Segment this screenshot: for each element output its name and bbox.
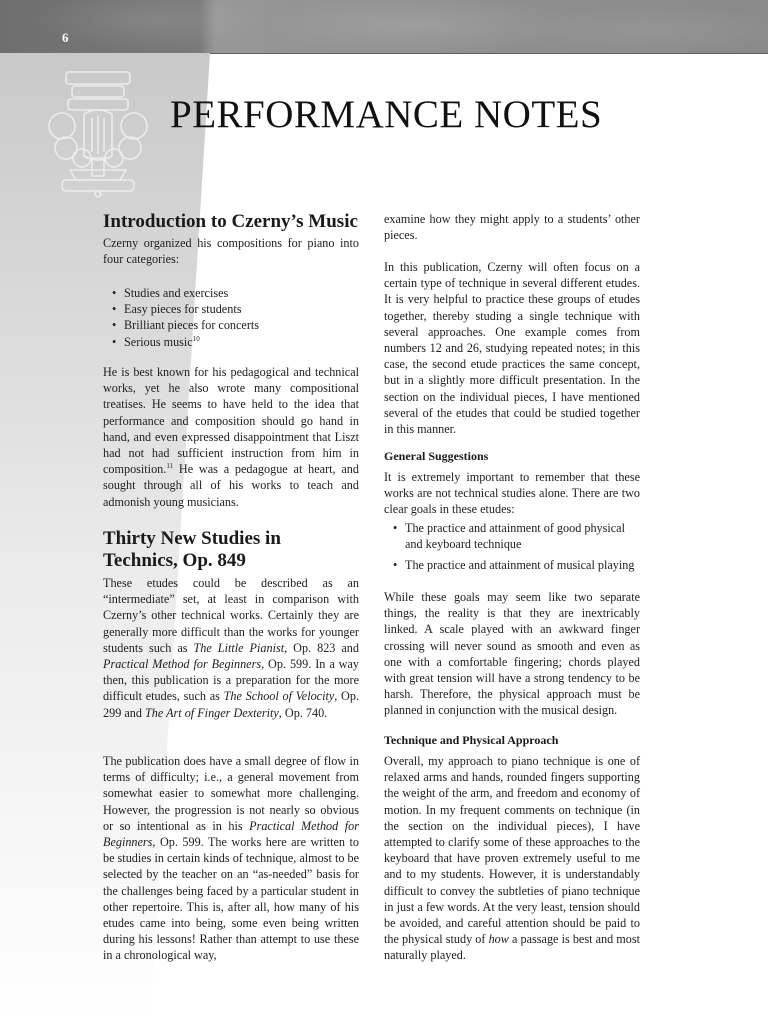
goal-item: The practice and attainment of good phys… — [384, 520, 640, 552]
category-item: Brilliant pieces for concerts — [103, 317, 359, 333]
goals-list: The practice and attainment of good phys… — [384, 520, 640, 574]
category-item: Serious music10 — [103, 334, 359, 350]
general-suggestions-heading: General Suggestions — [384, 448, 640, 464]
op849-paragraph-1: These etudes could be described as an “i… — [103, 575, 359, 721]
technique-heading: Technique and Physical Approach — [384, 732, 640, 748]
intro-lead: Czerny organized his compositions for pi… — [103, 235, 359, 267]
page-title: PERFORMANCE NOTES — [170, 92, 602, 137]
technique-paragraph: Overall, my approach to piano technique … — [384, 753, 640, 964]
page-number: 6 — [62, 30, 69, 46]
intro-heading: Introduction to Czerny’s Music — [103, 211, 359, 233]
categories-list: Studies and exercises Easy pieces for st… — [103, 285, 359, 350]
publisher-crest-icon — [48, 66, 148, 198]
header-band: 6 — [0, 0, 768, 54]
op849-paragraph-2: The publication does have a small degree… — [103, 753, 359, 964]
publication-paragraph: In this publication, Czerny will often f… — [384, 259, 640, 437]
category-item: Easy pieces for students — [103, 301, 359, 317]
goal-item: The practice and attainment of musical p… — [384, 557, 640, 573]
continuation-paragraph: examine how they might apply to a studen… — [384, 211, 640, 243]
category-item: Studies and exercises — [103, 285, 359, 301]
op849-heading: Thirty New Studies in Technics, Op. 849 — [103, 528, 359, 572]
general-lead: It is extremely important to remember th… — [384, 469, 640, 518]
goals-paragraph: While these goals may seem like two sepa… — [384, 589, 640, 719]
footnote-ref: 10 — [193, 335, 200, 343]
intro-paragraph: He is best known for his pedagogical and… — [103, 364, 359, 510]
